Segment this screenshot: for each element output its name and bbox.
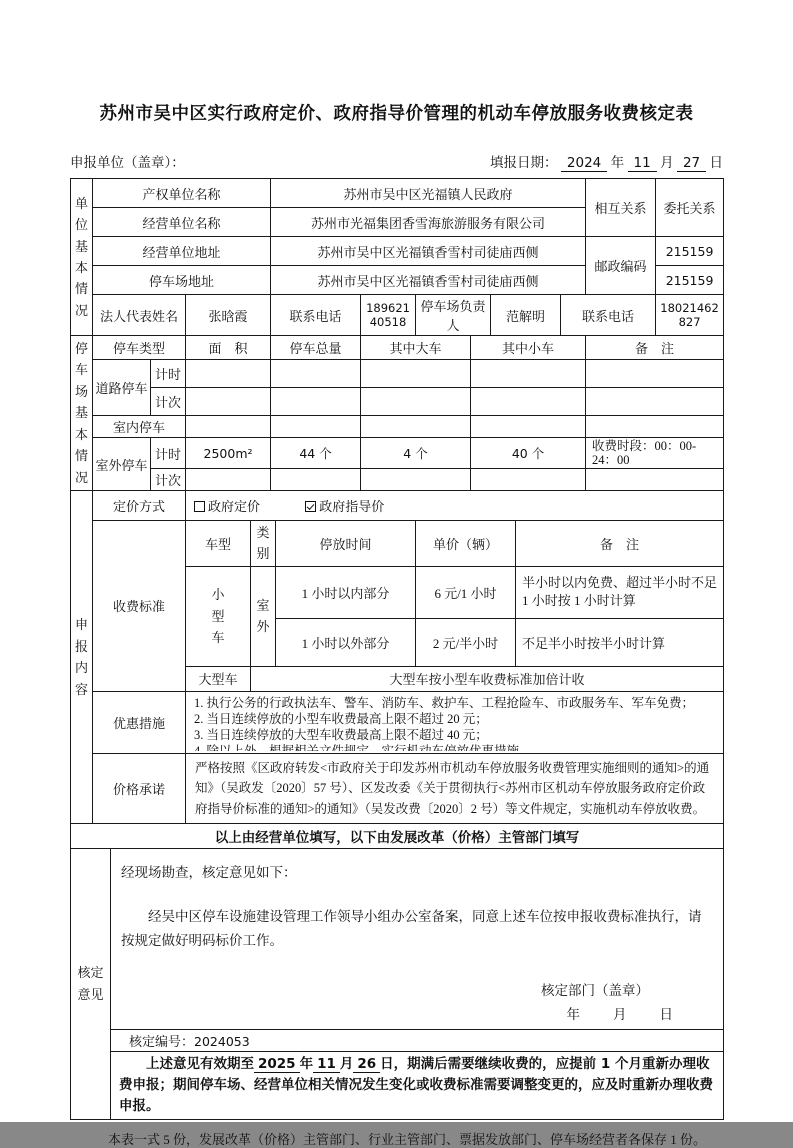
road-perentry-note <box>586 388 724 416</box>
road-timed-label: 计时 <box>151 360 186 388</box>
discount-item-4: 4. 除以上外，根据相关文件规定，实行机动车停放优惠措施。 <box>194 743 715 751</box>
relation-label: 相互关系 <box>586 179 656 237</box>
discount-item-1: 1. 执行公务的行政执法车、警车、消防车、救护车、工程抢险车、市政服务车、军车免… <box>194 695 715 711</box>
approval-sign-date: 年 月 日 <box>121 1003 713 1023</box>
outdoor-perentry-note <box>586 469 724 491</box>
checkbox-unchecked-icon[interactable] <box>194 501 205 512</box>
outdoor-timed-area: 2500m² <box>186 438 271 469</box>
fee-standard-label: 收费标准 <box>93 521 186 692</box>
fee-row1-duration: 1 小时以内部分 <box>276 566 416 618</box>
road-timed-small <box>471 360 586 388</box>
outdoor-perentry-total <box>271 469 361 491</box>
option-gov-pricing[interactable]: 政府定价 <box>194 496 260 515</box>
report-date-month: 11 <box>628 155 657 172</box>
road-timed-note <box>586 360 724 388</box>
approval-body: 经吴中区停车设施建设管理工作领导小组办公室备案，同意上述车位按申报收费标准执行，… <box>121 905 713 953</box>
approval-table: 核定意见 经现场勘查，核定意见如下： 经吴中区停车设施建设管理工作领导小组办公室… <box>70 848 724 1120</box>
fee-header-vehicle: 车型 <box>186 521 251 567</box>
discount-item-2: 2. 当日连续停放的小型车收费最高上限不超过 20 元； <box>194 711 715 727</box>
form-meta-row: 申报单位（盖章）： 填报日期： 2024 年 11 月 27 日 <box>70 151 723 171</box>
discount-label: 优惠措施 <box>93 691 186 753</box>
indoor-area <box>186 416 271 438</box>
owner-unit-name-value: 苏州市吴中区光福镇人民政府 <box>271 179 586 208</box>
road-timed-large <box>361 360 471 388</box>
declare-unit-label: 申报单位（盖章）： <box>70 151 185 171</box>
road-timed-total <box>271 360 361 388</box>
section-unit-info: 单位基本情况 <box>71 179 93 336</box>
fee-row2-price: 2 元/半小时 <box>416 618 516 666</box>
postcode-label: 邮政编码 <box>586 237 656 295</box>
report-date-year: 2024 <box>561 155 607 172</box>
approval-sign-label: 核定部门（盖章） <box>121 979 713 999</box>
lot-type-header: 停车类型 <box>93 336 186 360</box>
operator-address-label: 经营单位地址 <box>93 237 271 266</box>
validity-year: 2025 <box>254 1056 300 1073</box>
validity-day-unit: 日 <box>380 1056 394 1072</box>
operator-postcode-value: 215159 <box>656 237 724 266</box>
fee-small-vehicle: 小型车 <box>186 566 251 666</box>
unit-info-table: 单位基本情况 产权单位名称 苏州市吴中区光福镇人民政府 相互关系 委托关系 经营… <box>70 178 724 336</box>
promise-label: 价格承诺 <box>93 753 186 824</box>
fee-header-category: 类别 <box>251 521 276 567</box>
indoor-large <box>361 416 471 438</box>
lot-large-header: 其中大车 <box>361 336 471 360</box>
road-parking-label: 道路停车 <box>93 360 151 416</box>
outdoor-timed-small: 40 个 <box>471 438 586 469</box>
lot-address-label: 停车场地址 <box>93 266 271 295</box>
fee-row1-note: 半小时以内免费、超过半小时不足 1 小时按 1 小时计算 <box>516 566 724 618</box>
discount-content: 1. 执行公务的行政执法车、警车、消防车、救护车、工程抢险车、市政服务车、军车免… <box>186 691 724 753</box>
option-gov-guided-pricing[interactable]: 政府指导价 <box>305 496 384 515</box>
form-table: 单位基本情况 产权单位名称 苏州市吴中区光福镇人民政府 相互关系 委托关系 经营… <box>70 178 723 1120</box>
fee-header-price: 单价（辆） <box>416 521 516 567</box>
road-perentry-small <box>471 388 586 416</box>
promise-text: 严格按照《区政府转发<市政府关于印发苏州市机动车停放服务收费管理实施细则的通知>… <box>188 755 721 823</box>
fee-row2-duration: 1 小时以外部分 <box>276 618 416 666</box>
checkbox-checked-icon[interactable] <box>305 501 316 512</box>
indoor-total <box>271 416 361 438</box>
lot-total-header: 停车总量 <box>271 336 361 360</box>
section-declaration: 申报内容 <box>71 491 93 824</box>
indoor-parking-label: 室内停车 <box>93 416 186 438</box>
legal-rep-phone-label: 联系电话 <box>271 295 361 336</box>
report-date-month-unit: 月 <box>660 155 674 170</box>
option-gov-pricing-label: 政府定价 <box>208 499 260 514</box>
validity-prefix: 上述意见有效期至 <box>146 1056 254 1072</box>
report-date-label: 填报日期： <box>490 155 558 170</box>
fee-row1-price: 6 元/1 小时 <box>416 566 516 618</box>
legal-rep-phone-value: 18962140518 <box>361 295 416 336</box>
outdoor-timed-note: 收费时段：00：00-24：00 <box>586 438 724 469</box>
manager-phone-value: 18021462827 <box>656 295 724 336</box>
legal-rep-value: 张晗霞 <box>186 295 271 336</box>
lot-address-value: 苏州市吴中区光福镇香雪村司徒庙西侧 <box>271 266 586 295</box>
report-date-day: 27 <box>677 155 706 172</box>
declaration-table: 申报内容 定价方式 政府定价 政府指导价 收费标准 车型 类别 停放时间 单价（… <box>70 490 724 824</box>
approval-number-value: 2024053 <box>194 1034 250 1049</box>
section-lot-info: 停车场基本情况 <box>71 336 93 491</box>
lot-area-header: 面 积 <box>186 336 271 360</box>
form-page: 苏州市吴中区实行政府定价、政府指导价管理的机动车停放服务收费核定表 申报单位（盖… <box>0 0 793 1122</box>
validity-cell: 上述意见有效期至2025年11月26日，期满后需要继续收费的，应提前 1 个月重… <box>111 1052 724 1120</box>
outdoor-perentry-area <box>186 469 271 491</box>
form-title: 苏州市吴中区实行政府定价、政府指导价管理的机动车停放服务收费核定表 <box>70 100 723 125</box>
fee-row2-note: 不足半小时按半小时计算 <box>516 618 724 666</box>
lot-note-header: 备 注 <box>586 336 724 360</box>
relation-value: 委托关系 <box>656 179 724 237</box>
fee-header-note: 备 注 <box>516 521 724 567</box>
validity-day: 26 <box>353 1056 380 1073</box>
operator-address-value: 苏州市吴中区光福镇香雪村司徒庙西侧 <box>271 237 586 266</box>
validity-year-unit: 年 <box>300 1056 314 1072</box>
option-gov-guided-pricing-label: 政府指导价 <box>319 499 384 514</box>
report-date-year-unit: 年 <box>611 155 625 170</box>
discount-item-3: 3. 当日连续停放的大型车收费最高上限不超过 40 元； <box>194 727 715 743</box>
owner-unit-name-label: 产权单位名称 <box>93 179 271 208</box>
outdoor-perentry-large <box>361 469 471 491</box>
lot-info-table: 停车场基本情况 停车类型 面 积 停车总量 其中大车 其中小车 备 注 道路停车… <box>70 335 724 491</box>
pricing-method-label: 定价方式 <box>93 491 186 521</box>
divider-table: 以上由经营单位填写，以下由发展改革（价格）主管部门填写 <box>70 823 724 849</box>
outdoor-timed-total: 44 个 <box>271 438 361 469</box>
lot-postcode-value: 215159 <box>656 266 724 295</box>
validity-month-unit: 月 <box>340 1056 354 1072</box>
section-approval: 核定意见 <box>71 849 111 1120</box>
road-perentry-large <box>361 388 471 416</box>
operator-unit-name-value: 苏州市光福集团香雪海旅游服务有限公司 <box>271 208 586 237</box>
road-timed-area <box>186 360 271 388</box>
operator-unit-name-label: 经营单位名称 <box>93 208 271 237</box>
outdoor-perentry-small <box>471 469 586 491</box>
manager-phone-label: 联系电话 <box>561 295 656 336</box>
report-date-day-unit: 日 <box>710 155 724 170</box>
outdoor-perentry-label: 计次 <box>151 469 186 491</box>
lot-manager-label: 停车场负责人 <box>416 295 491 336</box>
validity-month: 11 <box>313 1056 340 1073</box>
report-date: 填报日期： 2024 年 11 月 27 日 <box>490 151 723 171</box>
discount-list: 1. 执行公务的行政执法车、警车、消防车、救护车、工程抢险车、市政服务车、军车免… <box>188 693 721 751</box>
outdoor-parking-label: 室外停车 <box>93 438 151 491</box>
approval-number-label: 核定编号： <box>129 1034 194 1049</box>
approval-intro: 经现场勘查，核定意见如下： <box>121 861 713 881</box>
approval-opinion-cell: 经现场勘查，核定意见如下： 经吴中区停车设施建设管理工作领导小组办公室备案，同意… <box>111 849 724 1030</box>
outdoor-timed-label: 计时 <box>151 438 186 469</box>
legal-rep-label: 法人代表姓名 <box>93 295 186 336</box>
indoor-small <box>471 416 586 438</box>
fee-large-vehicle: 大型车 <box>186 666 251 691</box>
lot-small-header: 其中小车 <box>471 336 586 360</box>
pricing-method-options: 政府定价 政府指导价 <box>186 491 724 521</box>
approval-number-cell: 核定编号：2024053 <box>111 1030 724 1052</box>
promise-content: 严格按照《区政府转发<市政府关于印发苏州市机动车停放服务收费管理实施细则的通知>… <box>186 753 724 824</box>
fee-outdoor: 室外 <box>251 566 276 666</box>
road-perentry-label: 计次 <box>151 388 186 416</box>
outdoor-timed-large: 4 个 <box>361 438 471 469</box>
road-perentry-total <box>271 388 361 416</box>
fee-large-vehicle-rule: 大型车按小型车收费标准加倍计收 <box>251 666 724 691</box>
indoor-note <box>586 416 724 438</box>
divider-text: 以上由经营单位填写，以下由发展改革（价格）主管部门填写 <box>71 824 724 849</box>
road-perentry-area <box>186 388 271 416</box>
lot-manager-value: 范解明 <box>491 295 561 336</box>
footer-note: 本表一式 5 份，发展改革（价格）主管部门、行业主管部门、票据发放部门、停车场经… <box>70 1129 723 1148</box>
fee-header-duration: 停放时间 <box>276 521 416 567</box>
